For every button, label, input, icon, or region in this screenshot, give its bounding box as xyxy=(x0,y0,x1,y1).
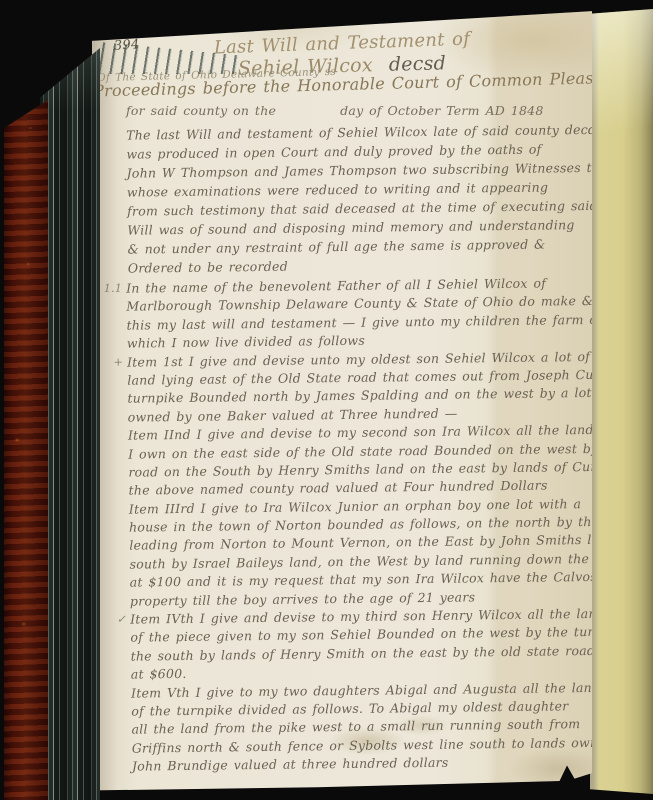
will-body-paragraphs: 1.1 In the name of the benevolent Father… xyxy=(126,274,594,776)
ledger-page: 394 Last Will and Testament of Sehiel Wi… xyxy=(92,8,592,792)
margin-mark: + xyxy=(101,353,123,372)
margin-mark: ✓ xyxy=(104,611,126,630)
scanned-ledger-photo: 394 Last Will and Testament of Sehiel Wi… xyxy=(0,0,653,800)
county-phrase: for said county on the xyxy=(126,103,276,118)
term-date-line: for said county on theday of October Ter… xyxy=(126,103,544,118)
term-date: day of October Term AD 1848 xyxy=(340,103,543,118)
book-fore-edge xyxy=(590,9,653,794)
book-spine xyxy=(4,0,48,800)
margin-mark: 1.1 xyxy=(100,280,122,299)
probate-order-paragraph: The last Will and testament of Sehiel Wi… xyxy=(126,120,590,278)
stacked-page-edges xyxy=(40,0,100,800)
